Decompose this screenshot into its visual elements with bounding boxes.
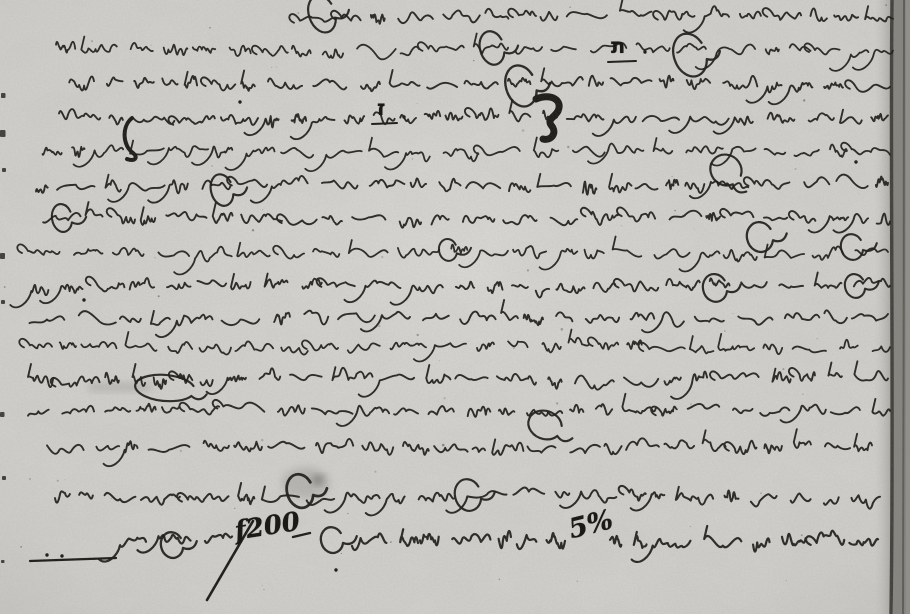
manuscript-scan [0, 0, 910, 614]
manuscript-page: 5% f200 ז ת [0, 0, 910, 614]
scan-grain [0, 0, 910, 614]
